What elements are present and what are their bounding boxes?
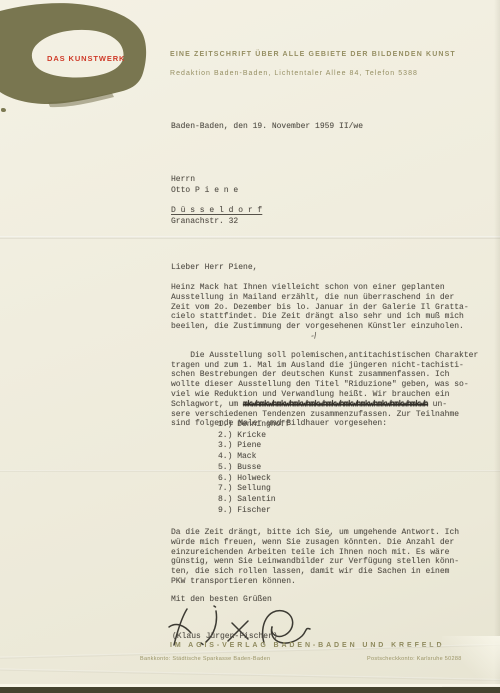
recipient-city: D ü s s e l d o r f xyxy=(171,206,262,216)
recipient-name: Otto P i e n e xyxy=(171,186,238,196)
list-item: 2.) Kricke xyxy=(218,431,290,442)
kunstwerk-logo-text: DAS KUNSTWERK xyxy=(47,54,125,63)
list-item: 9.) Fischer xyxy=(218,506,290,517)
typed-signature-name: (Klaus Jürgen-Fischer) xyxy=(172,632,278,642)
ink-speck xyxy=(1,108,6,112)
paper-crease xyxy=(0,669,500,682)
redaktion-address: Redaktion Baden-Baden, Lichtentaler Alle… xyxy=(170,70,418,77)
letter-page: DAS KUNSTWERK EINE ZEITSCHRIFT ÜBER ALLE… xyxy=(0,0,500,693)
publisher-line: IM AGIS-VERLAG BADEN-BADEN UND KREFELD xyxy=(170,642,444,649)
list-item: 8.) Salentin xyxy=(218,495,290,506)
recipient-salutation: Herrn xyxy=(171,175,195,185)
bank-account-line: Bankkonto: Städtische Sparkasse Baden-Ba… xyxy=(140,656,270,662)
corner-fold xyxy=(442,636,500,687)
list-item: 3.) Piene xyxy=(218,441,290,452)
list-item: 5.) Busse xyxy=(218,463,290,474)
redacted-passage: mkwhmkwhmkwhmkwhmkwhmkwhmkwhmkwhmkwhmkwh… xyxy=(243,400,428,409)
date-line: Baden-Baden, den 19. November 1959 II/we xyxy=(171,122,363,132)
scan-edge-shadow xyxy=(494,0,500,693)
paragraph-3: Da die Zeit drängt, bitte ich Sie, um um… xyxy=(171,528,459,587)
list-item: 6.) Holweck xyxy=(218,474,290,485)
list-item: 1.) Denninghoff xyxy=(218,420,290,431)
list-item: 4.) Mack xyxy=(218,452,290,463)
recipient-street: Granachstr. 32 xyxy=(171,217,238,227)
magazine-tagline: EINE ZEITSCHRIFT ÜBER ALLE GEBIETE DER B… xyxy=(170,51,456,58)
paper-crease xyxy=(0,236,500,239)
scan-background-strip xyxy=(0,687,500,693)
artist-list: 1.) Denninghoff 2.) Kricke 3.) Piene 4.)… xyxy=(218,420,290,516)
handwritten-insertion-mark: -/ xyxy=(310,331,317,341)
paragraph-1: Heinz Mack hat Ihnen vielleicht schon vo… xyxy=(171,283,469,332)
letter-salutation: Lieber Herr Piene, xyxy=(171,263,257,273)
list-item: 7.) Sellung xyxy=(218,484,290,495)
